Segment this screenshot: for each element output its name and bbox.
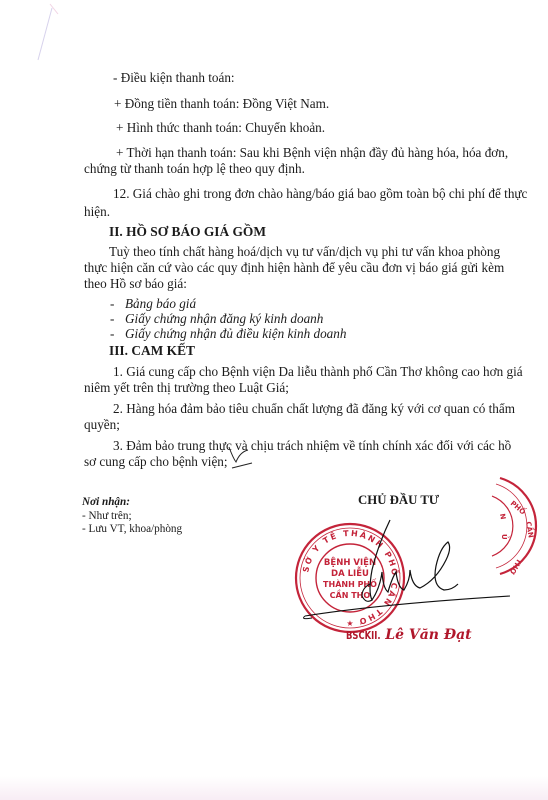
- commitment1-line1: 1. Giá cung cấp cho Bệnh viện Da liễu th…: [113, 364, 523, 380]
- recipient-item: - Lưu VT, khoa/phòng: [82, 523, 182, 536]
- official-stamp: SỞ Y TẾ THÀNH PHỐ CẦN THƠ BỆNH VIỆN DA L…: [290, 518, 410, 638]
- signatory-role: CHỦ ĐẦU TƯ: [358, 492, 439, 508]
- signatory-name: BSCKII. Lê Văn Đạt: [346, 626, 472, 644]
- item12-line2: hiện.: [84, 204, 110, 220]
- item12-line1: 12. Giá chào ghi trong đơn chào hàng/báo…: [113, 186, 527, 202]
- margin-mark: [0, 0, 548, 60]
- list-item-bullet: -: [110, 326, 114, 342]
- section2-para-line2: thực hiện căn cứ vào các quy định hiện h…: [84, 260, 504, 276]
- partial-stamp: PHỐ CẦN THƠ N Ủ: [490, 470, 548, 580]
- commitment1-line2: niêm yết trên thị trường theo Luật Giá;: [84, 380, 289, 396]
- payment-conditions-label: - Điều kiện thanh toán:: [113, 70, 235, 86]
- stamp-line: CẦN THƠ: [330, 588, 371, 600]
- list-item-bullet: -: [110, 296, 114, 312]
- commitment3-line2: sơ cung cấp cho bệnh viện;: [84, 454, 228, 470]
- signatory-full-name: Lê Văn Đạt: [385, 627, 471, 643]
- document-page: - Điều kiện thanh toán: + Đồng tiền than…: [0, 0, 548, 800]
- payment-currency: + Đồng tiền thanh toán: Đồng Việt Nam.: [114, 96, 329, 112]
- svg-text:THƠ: THƠ: [508, 557, 523, 576]
- stamp-line: BỆNH VIỆN: [324, 557, 376, 568]
- scan-edge-tint: [0, 776, 548, 800]
- payment-method: + Hình thức thanh toán: Chuyển khoản.: [116, 120, 325, 136]
- list-item-bullet: -: [110, 311, 114, 327]
- section2-title: II. HỒ SƠ BÁO GIÁ GỒM: [109, 224, 266, 240]
- svg-text:Ủ: Ủ: [500, 534, 510, 540]
- commitment2-line2: quyền;: [84, 417, 120, 433]
- payment-term-line1: + Thời hạn thanh toán: Sau khi Bệnh viện…: [116, 145, 508, 161]
- section2-para-line3: theo Hồ sơ báo giá:: [84, 276, 187, 292]
- payment-term-line2: chứng từ thanh toán hợp lệ theo quy định…: [84, 161, 305, 177]
- section2-para-line1: Tuỳ theo tính chất hàng hoá/dịch vụ tư v…: [109, 244, 500, 260]
- list-item: Giấy chứng nhận đủ điều kiện kinh doanh: [125, 326, 346, 342]
- commitment3-line1: 3. Đảm bảo trung thực và chịu trách nhiệ…: [113, 438, 511, 454]
- recipient-item: - Như trên;: [82, 510, 132, 523]
- signatory-title: BSCKII.: [346, 630, 381, 642]
- list-item: Giấy chứng nhận đăng ký kinh doanh: [125, 311, 323, 327]
- svg-text:N: N: [498, 513, 507, 520]
- commitment2-line1: 2. Hàng hóa đảm bảo tiêu chuẩn chất lượn…: [113, 401, 515, 417]
- section3-title: III. CAM KẾT: [109, 343, 195, 359]
- recipients-title: Nơi nhận:: [82, 496, 130, 509]
- list-item: Bảng báo giá: [125, 296, 196, 312]
